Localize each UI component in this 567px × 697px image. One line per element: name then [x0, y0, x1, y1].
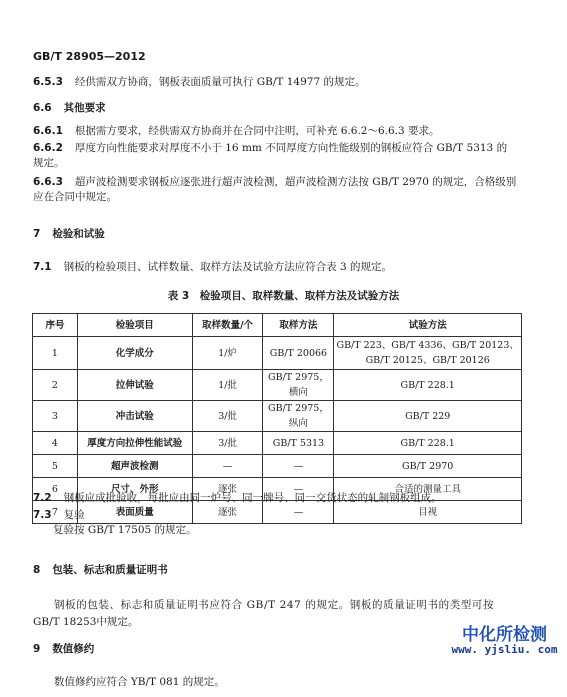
clause-text: 钢板的检验项目、试样数量、取样方法及试验方法应符合表 3 的规定。 — [64, 261, 392, 273]
cell-sampling: — — [263, 455, 334, 478]
cell-no: 5 — [33, 455, 78, 478]
clause-number: 7.3 — [33, 508, 52, 523]
clause-text-line1: 厚度方向性能要求对厚度不小于 16 mm 不同厚度方向性能级别的钢板应符合 GB… — [75, 142, 507, 154]
heading-title: 数值修约 — [52, 643, 94, 655]
table-row: 1 化学成分 1/炉 GB/T 20066 GB/T 223、GB/T 4336… — [33, 337, 522, 370]
cell-no: 2 — [33, 370, 78, 401]
cell-sampling: GB/T 2975，横向 — [263, 370, 334, 401]
cell-test-method: GB/T 228.1 — [334, 432, 522, 455]
table-header-row: 序号 检验项目 取样数量/个 取样方法 试验方法 — [33, 314, 522, 337]
clause-number: 6.5.3 — [33, 75, 63, 90]
cell-no: 4 — [33, 432, 78, 455]
table-row: 3 冲击试验 3/批 GB/T 2975，纵向 GB/T 229 — [33, 401, 522, 432]
cell-qty: — — [192, 455, 263, 478]
cell-sampling: GB/T 20066 — [263, 337, 334, 370]
clause-8-body: 钢板的包装、标志和质量证明书应符合 GB/T 247 的规定。钢板的质量证明书的… — [33, 597, 494, 631]
heading-6-6: 6.6其他要求 — [33, 100, 106, 115]
clause-text: 钢板应成批验收，每批应由同一炉号、同一牌号、同一交货状态的轧制钢板组成。 — [64, 492, 442, 504]
clause-7-3: 7.3复验 复验按 GB/T 17505 的规定。 — [33, 508, 197, 538]
cell-qty: 3/批 — [192, 432, 263, 455]
cell-no: 1 — [33, 337, 78, 370]
heading-number: 9 — [33, 643, 40, 655]
heading-title: 检验和试验 — [52, 228, 105, 240]
heading-7: 7检验和试验 — [33, 226, 105, 241]
clause-number: 6.6.3 — [33, 175, 63, 190]
clause-title: 复验 — [64, 509, 85, 521]
clause-number: 7.1 — [33, 260, 52, 275]
cell-item: 超声波检测 — [77, 455, 192, 478]
cell-test-method: GB/T 229 — [334, 401, 522, 432]
watermark: 中化所检测 www. yjsliu. com — [447, 626, 562, 656]
heading-number: 6.6 — [33, 102, 52, 114]
clause-text-line2: 应在合同中规定。 — [33, 190, 516, 205]
cell-test-method: GB/T 2970 — [334, 455, 522, 478]
table-row: 5 超声波检测 — — GB/T 2970 — [33, 455, 522, 478]
heading-title: 包装、标志和质量证明书 — [52, 564, 168, 576]
header-sampling: 取样方法 — [263, 314, 334, 337]
table-row: 2 拉伸试验 1/批 GB/T 2975，横向 GB/T 228.1 — [33, 370, 522, 401]
cell-item: 化学成分 — [77, 337, 192, 370]
clause-9-body: 数值修约应符合 YB/T 081 的规定。 — [54, 675, 225, 690]
clause-text: 经供需双方协商，钢板表面质量可执行 GB/T 14977 的规定。 — [75, 76, 366, 88]
heading-9: 9数值修约 — [33, 641, 94, 656]
header-no: 序号 — [33, 314, 78, 337]
clause-number: 6.6.2 — [33, 141, 63, 156]
clause-7-2: 7.2钢板应成批验收，每批应由同一炉号、同一牌号、同一交货状态的轧制钢板组成。 — [33, 491, 442, 506]
watermark-url: www. yjsliu. com — [447, 644, 562, 656]
cell-qty: 3/批 — [192, 401, 263, 432]
clause-7-1: 7.1钢板的检验项目、试样数量、取样方法及试验方法应符合表 3 的规定。 — [33, 260, 392, 275]
cell-qty: 1/炉 — [192, 337, 263, 370]
table-caption: 表 3 检验项目、取样数量、取样方法及试验方法 — [0, 288, 567, 303]
header-test-method: 试验方法 — [334, 314, 522, 337]
clause-6-5-3: 6.5.3经供需双方协商，钢板表面质量可执行 GB/T 14977 的规定。 — [33, 75, 365, 90]
clause-number: 7.2 — [33, 491, 52, 506]
clause-text-line2: 规定。 — [33, 156, 507, 171]
clause-text: 根据需方要求，经供需双方协商并在合同中注明，可补充 6.6.2～6.6.3 要求… — [75, 125, 440, 137]
table-row: 4 厚度方向拉伸性能试验 3/批 GB/T 5313 GB/T 228.1 — [33, 432, 522, 455]
clause-6-6-1: 6.6.1根据需方要求，经供需双方协商并在合同中注明，可补充 6.6.2～6.6… — [33, 124, 440, 139]
watermark-name: 中化所检测 — [447, 626, 562, 644]
cell-no: 3 — [33, 401, 78, 432]
header-qty: 取样数量/个 — [192, 314, 263, 337]
cell-item: 厚度方向拉伸性能试验 — [77, 432, 192, 455]
heading-number: 7 — [33, 228, 40, 240]
cell-sampling: GB/T 2975，纵向 — [263, 401, 334, 432]
cell-qty: 1/批 — [192, 370, 263, 401]
cell-test-method: GB/T 228.1 — [334, 370, 522, 401]
clause-6-6-2: 6.6.2厚度方向性能要求对厚度不小于 16 mm 不同厚度方向性能级别的钢板应… — [33, 141, 507, 171]
heading-number: 8 — [33, 564, 40, 576]
heading-8: 8包装、标志和质量证明书 — [33, 562, 168, 577]
cell-item: 拉伸试验 — [77, 370, 192, 401]
cell-sampling: GB/T 5313 — [263, 432, 334, 455]
heading-title: 其他要求 — [64, 102, 106, 114]
clause-text-line1: 超声波检测要求钢板应逐张进行超声波检测，超声波检测方法按 GB/T 2970 的… — [75, 176, 516, 188]
test-method-line2: GB/T 20125、GB/T 20126 — [336, 353, 519, 368]
cell-test-method: GB/T 223、GB/T 4336、GB/T 20123、 GB/T 2012… — [334, 337, 522, 370]
header-item: 检验项目 — [77, 314, 192, 337]
clause-text-line2: GB/T 18253中规定。 — [33, 614, 494, 631]
test-method-line1: GB/T 223、GB/T 4336、GB/T 20123、 — [336, 338, 519, 353]
clause-number: 6.6.1 — [33, 124, 63, 139]
cell-item: 冲击试验 — [77, 401, 192, 432]
clause-text-line1: 钢板的包装、标志和质量证明书应符合 GB/T 247 的规定。钢板的质量证明书的… — [33, 597, 494, 614]
clause-6-6-3: 6.6.3超声波检测要求钢板应逐张进行超声波检测，超声波检测方法按 GB/T 2… — [33, 175, 516, 205]
standard-code: GB/T 28905—2012 — [33, 50, 146, 63]
clause-text: 复验按 GB/T 17505 的规定。 — [33, 523, 197, 538]
